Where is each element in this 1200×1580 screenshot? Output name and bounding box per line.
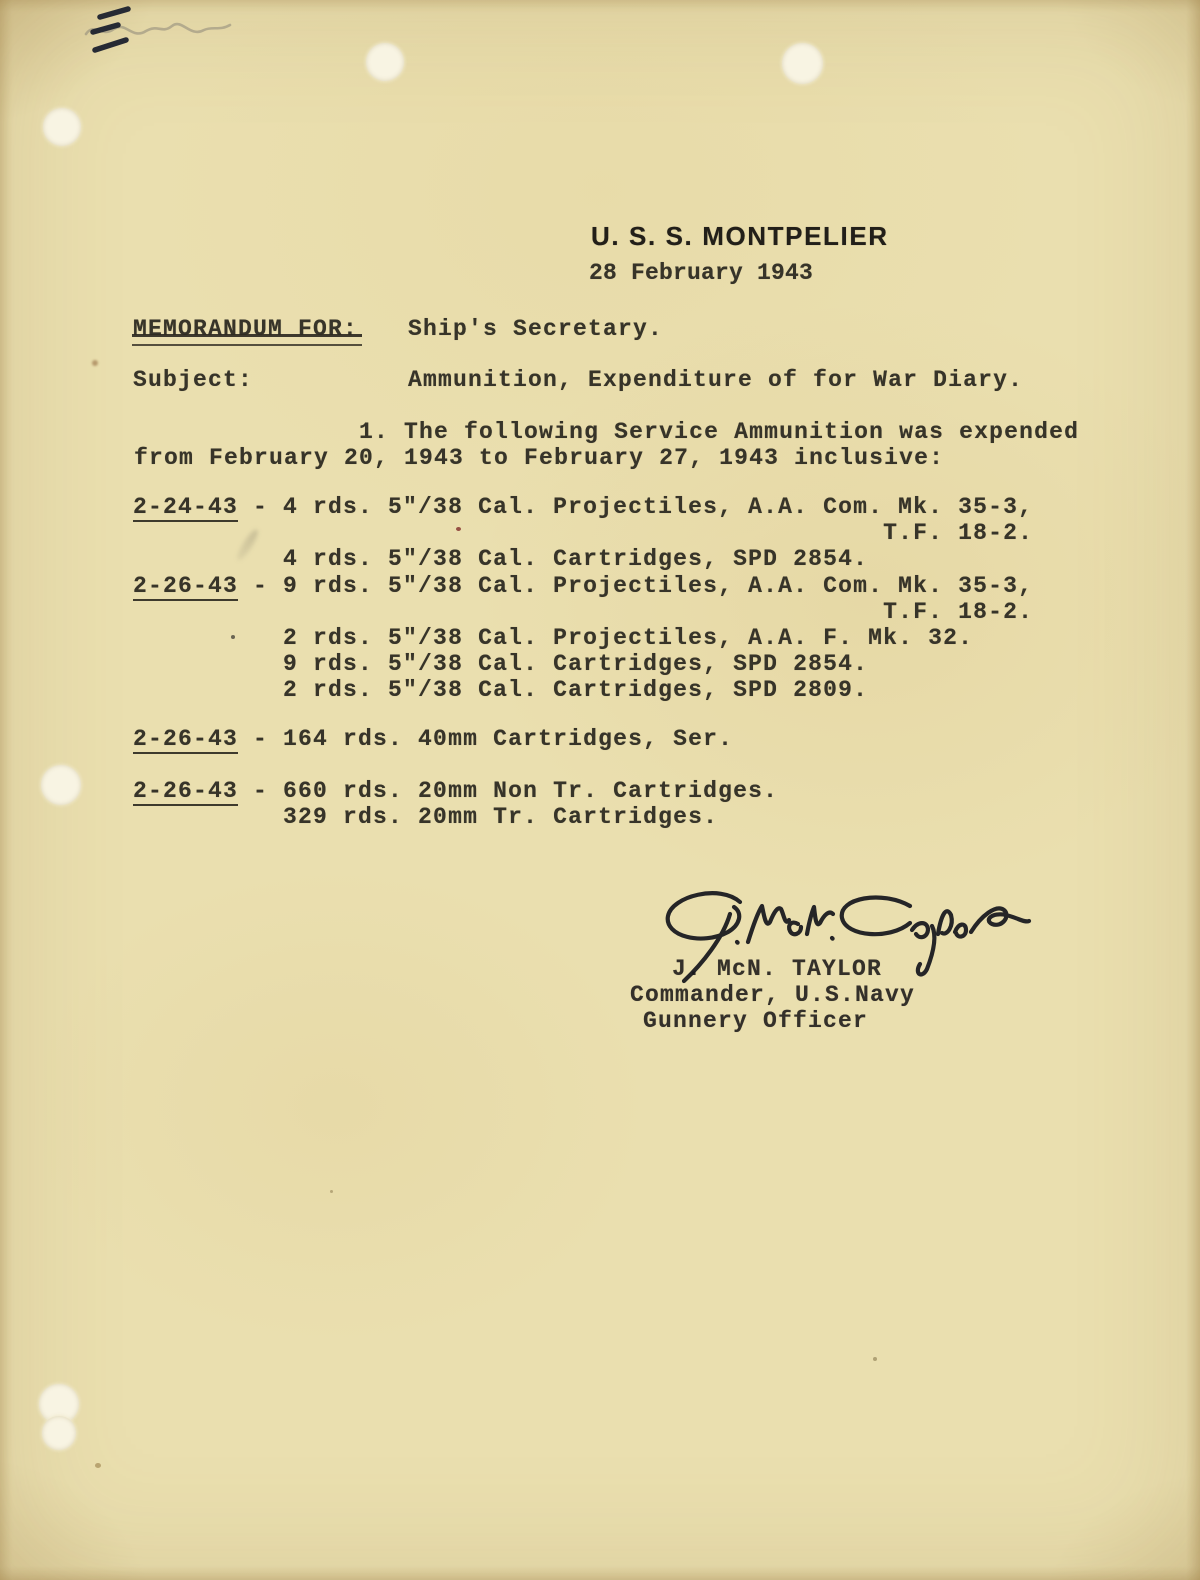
ink-mark-icon <box>93 9 128 50</box>
entry-date: 2-26-43 <box>133 573 238 601</box>
entry-body: - 164 rds. 40mm Cartridges, Ser. <box>238 726 733 752</box>
entry-body: - 4 rds. 5"/38 Cal. Projectiles, A.A. Co… <box>238 494 1033 572</box>
ship-name-heading: U. S. S. MONTPELIER <box>591 221 889 252</box>
subject-value: Ammunition, Expenditure of for War Diary… <box>408 367 1023 393</box>
date-line: 28 February 1943 <box>589 260 813 286</box>
ammo-entry: 2-26-43 - 9 rds. 5"/38 Cal. Projectiles,… <box>133 573 1033 703</box>
memorandum-for-label: MEMORANDUM FOR: <box>133 316 358 342</box>
punch-hole <box>43 108 81 146</box>
entry-date: 2-24-43 <box>133 494 238 522</box>
punch-hole <box>366 43 404 81</box>
memorandum-recipient: Ship's Secretary. <box>408 316 663 342</box>
paper-speck <box>330 1190 333 1193</box>
ammo-entry: 2-26-43 - 164 rds. 40mm Cartridges, Ser. <box>133 726 733 754</box>
paper-speck <box>92 360 98 366</box>
punch-hole <box>42 1416 76 1450</box>
paper-speck <box>873 1357 877 1361</box>
memo-document-page: U. S. S. MONTPELIER 28 February 1943 MEM… <box>0 0 1200 1580</box>
subject-label: Subject: <box>133 367 253 393</box>
entry-date: 2-26-43 <box>133 778 238 806</box>
entry-body: - 9 rds. 5"/38 Cal. Projectiles, A.A. Co… <box>238 573 1033 703</box>
signer-role: Gunnery Officer <box>643 1008 868 1034</box>
ammo-entry: 2-24-43 - 4 rds. 5"/38 Cal. Projectiles,… <box>133 494 1033 572</box>
entry-body: - 660 rds. 20mm Non Tr. Cartridges. 329 … <box>238 778 778 830</box>
handwritten-marks <box>78 2 248 62</box>
paper-speck <box>95 1463 101 1468</box>
ammo-entry: 2-26-43 - 660 rds. 20mm Non Tr. Cartridg… <box>133 778 778 830</box>
entry-date: 2-26-43 <box>133 726 238 754</box>
punch-hole <box>41 765 81 805</box>
handwritten-signature <box>640 876 1040 986</box>
opening-paragraph: 1. The following Service Ammunition was … <box>134 419 1079 471</box>
punch-hole <box>782 43 823 84</box>
